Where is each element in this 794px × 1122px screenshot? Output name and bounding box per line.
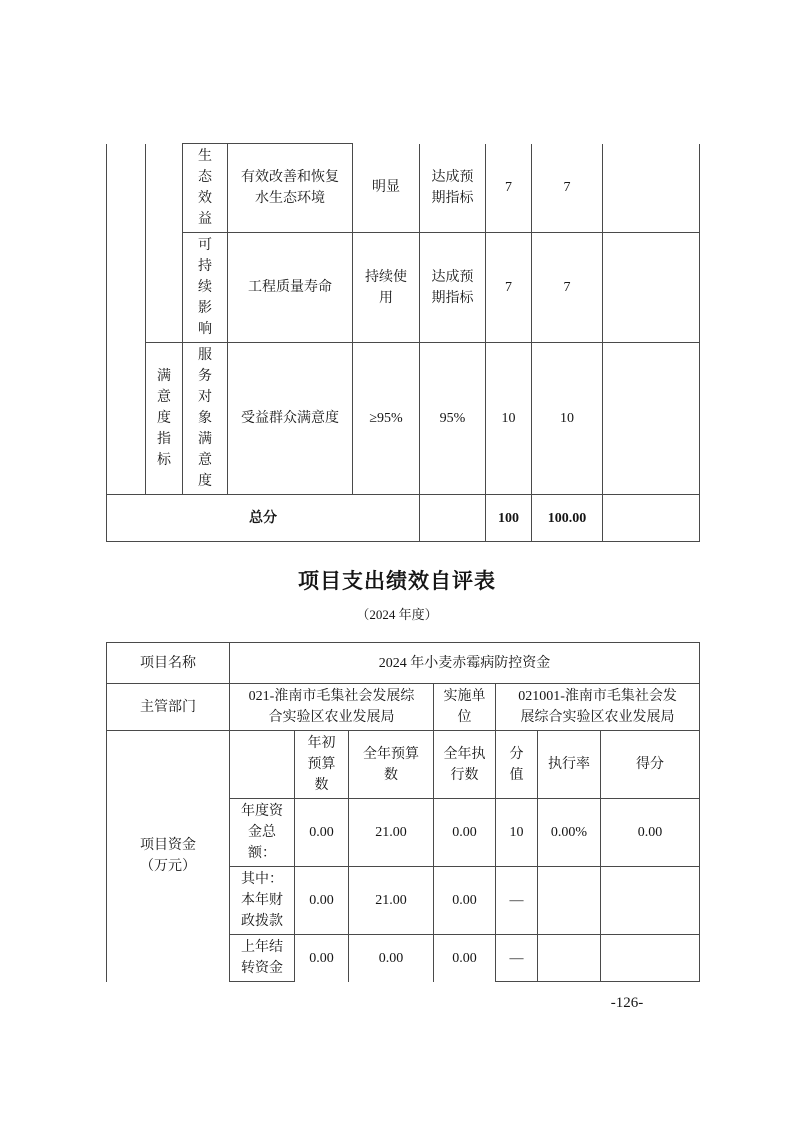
cell-fund-rate — [538, 867, 601, 935]
cell-category-service-satisfaction: 服务对象满意度 — [183, 343, 228, 495]
cell-project-name-label: 项目名称 — [107, 643, 230, 684]
cell-fund-budget: 21.00 — [349, 799, 434, 867]
vertical-text: 服务对象满意度 — [198, 345, 213, 492]
funds-label-text: 项目资金（万元） — [139, 835, 197, 877]
cell-fund-score — [601, 867, 700, 935]
cell-fund-begin: 0.00 — [295, 935, 349, 982]
performance-indicator-table: 生态效益 有效改善和恢复水生态环境 明显 达成预期指标 7 7 可持续影响 工程… — [106, 143, 700, 542]
cell-header-exec-rate: 执行率 — [538, 731, 601, 799]
cell-actual-value: 达成预期指标 — [420, 144, 486, 233]
cell-dept-value: 021-淮南市毛集社会发展综合实验区农业发展局 — [230, 684, 434, 731]
cell-total-label: 总分 — [107, 495, 420, 542]
table-row: 项目名称 2024 年小麦赤霉病防控资金 — [107, 643, 700, 684]
cell-fund-begin: 0.00 — [295, 867, 349, 935]
cell-fund-score — [601, 935, 700, 982]
document-subtitle: （2024 年度） — [0, 604, 794, 623]
cell-score: 10 — [532, 343, 603, 495]
cell-points: 10 — [486, 343, 532, 495]
cell-level2-blank — [146, 144, 183, 343]
cell-fund-exec: 0.00 — [434, 799, 496, 867]
cell-indicator-name: 工程质量寿命 — [228, 233, 353, 343]
self-evaluation-table: 项目名称 2024 年小麦赤霉病防控资金 主管部门 021-淮南市毛集社会发展综… — [106, 642, 700, 982]
vertical-text: 可持续影响 — [198, 235, 213, 340]
cell-impl-label: 实施单位 — [434, 684, 496, 731]
cell-points: 7 — [486, 144, 532, 233]
cell-fund-rate — [538, 935, 601, 982]
document-title: 项目支出绩效自评表 — [0, 565, 794, 595]
cell-funds-label: 项目资金（万元） — [107, 731, 230, 982]
total-row: 总分 100 100.00 — [107, 495, 700, 542]
header-row: 项目资金（万元） 年初预算数 全年预算数 全年执行数 分值 执行率 得分 — [107, 731, 700, 799]
cell-dept-label: 主管部门 — [107, 684, 230, 731]
cell-note — [603, 495, 700, 542]
cell-fund-begin: 0.00 — [295, 799, 349, 867]
vertical-text: 生态效益 — [198, 146, 213, 230]
cell-fund-rate: 0.00% — [538, 799, 601, 867]
cell-target-value: 明显 — [353, 144, 420, 233]
cell-points: 7 — [486, 233, 532, 343]
cell-total-points: 100 — [486, 495, 532, 542]
cell-score: 7 — [532, 144, 603, 233]
cell-category-eco-benefit: 生态效益 — [183, 144, 228, 233]
table-row: 生态效益 有效改善和恢复水生态环境 明显 达成预期指标 7 7 — [107, 144, 700, 233]
cell-note — [603, 233, 700, 343]
cell-header-points: 分值 — [496, 731, 538, 799]
cell-level1-blank — [107, 144, 146, 495]
cell-header-score: 得分 — [601, 731, 700, 799]
cell-header-exec-full: 全年执行数 — [434, 731, 496, 799]
cell-note — [603, 343, 700, 495]
cell-target-value: ≥95% — [353, 343, 420, 495]
cell-fund-exec: 0.00 — [434, 935, 496, 982]
cell-category-sustain: 可持续影响 — [183, 233, 228, 343]
cell-score: 7 — [532, 233, 603, 343]
cell-fund-exec: 0.00 — [434, 867, 496, 935]
table-row: 可持续影响 工程质量寿命 持续使用 达成预期指标 7 7 — [107, 233, 700, 343]
cell-group-satisfaction: 满意度指标 — [146, 343, 183, 495]
table-row: 主管部门 021-淮南市毛集社会发展综合实验区农业发展局 实施单位 021001… — [107, 684, 700, 731]
cell-fund-budget: 21.00 — [349, 867, 434, 935]
cell-fund-points: — — [496, 935, 538, 982]
document-page: 生态效益 有效改善和恢复水生态环境 明显 达成预期指标 7 7 可持续影响 工程… — [0, 0, 794, 1122]
cell-fund-name: 年度资金总额： — [230, 799, 295, 867]
cell-fund-points: 10 — [496, 799, 538, 867]
cell-actual-value: 达成预期指标 — [420, 233, 486, 343]
vertical-text: 满意度指标 — [157, 366, 172, 471]
cell-header-blank — [230, 731, 295, 799]
cell-fund-score: 0.00 — [601, 799, 700, 867]
cell-indicator-name: 有效改善和恢复水生态环境 — [228, 144, 353, 233]
cell-total-blank — [420, 495, 486, 542]
table-row: 满意度指标 服务对象满意度 受益群众满意度 ≥95% 95% 10 10 — [107, 343, 700, 495]
cell-header-budget-full: 全年预算数 — [349, 731, 434, 799]
cell-target-value: 持续使用 — [353, 233, 420, 343]
cell-indicator-name: 受益群众满意度 — [228, 343, 353, 495]
cell-actual-value: 95% — [420, 343, 486, 495]
cell-fund-budget: 0.00 — [349, 935, 434, 982]
cell-fund-name: 上年结转资金 — [230, 935, 295, 982]
cell-fund-name: 其中：本年财政拨款 — [230, 867, 295, 935]
page-number: -126- — [560, 995, 694, 1012]
cell-total-score: 100.00 — [532, 495, 603, 542]
cell-impl-value: 021001-淮南市毛集社会发展综合实验区农业发展局 — [496, 684, 700, 731]
cell-fund-points: — — [496, 867, 538, 935]
cell-header-budget-begin: 年初预算数 — [295, 731, 349, 799]
cell-project-name-value: 2024 年小麦赤霉病防控资金 — [230, 643, 700, 684]
cell-note — [603, 144, 700, 233]
